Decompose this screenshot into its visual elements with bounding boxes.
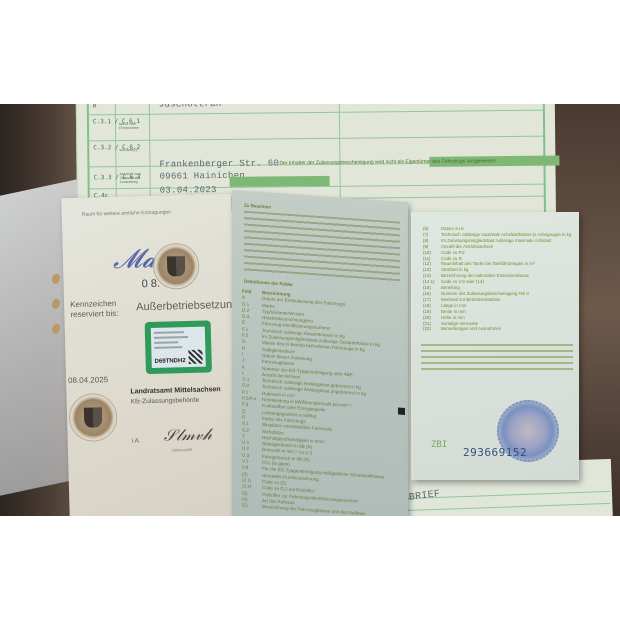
ia-label: i.A. bbox=[132, 436, 141, 446]
stamp-number: 0 8. bbox=[141, 278, 160, 290]
deregistration-sticker: D69TNDH2 bbox=[145, 320, 212, 374]
zbi-label: ZBI bbox=[431, 440, 447, 450]
booklet-right-page: (6)Datum zu K(7)Technisch zulässige maxi… bbox=[411, 212, 579, 480]
field-value-name: Juschottran bbox=[159, 104, 222, 110]
official-seal bbox=[68, 393, 117, 442]
booklet-middle-page: Zu Beachten Definitionen der Felder Feld… bbox=[232, 190, 408, 516]
authority-name: Landratsamt Mittelsachsen bbox=[130, 386, 220, 395]
field-label: Name oder Firmenname bbox=[119, 122, 149, 130]
official-signature: 𝒮𝓁𝓂𝓋𝒽 bbox=[163, 424, 212, 445]
signature: 𝓜𝓭 bbox=[113, 244, 158, 276]
field-label: Vorname(n) bbox=[119, 148, 149, 152]
field-value-street: Frankenberger Str. 60 bbox=[159, 158, 279, 169]
signature-caption: Unterschrift bbox=[172, 447, 193, 453]
registration-booklet-part-one: Raum für weitere amtliche Eintragungen 𝓜… bbox=[66, 196, 586, 516]
definitions-list: Feld Bezeichnung ADatum der Erstzulassun… bbox=[242, 289, 402, 516]
authority-sub: Kfz-Zulassungsbehörde bbox=[131, 397, 200, 406]
document-photo: B Juschottran C.3.1 / C.6.1 Name oder Fi… bbox=[0, 104, 620, 516]
notes-paragraph bbox=[244, 211, 400, 286]
reserved-label: Kennzeichen reserviert bis: bbox=[70, 299, 121, 320]
left-page-header: Raum für weitere amtliche Eintragungen bbox=[82, 209, 171, 217]
serial-number: 293669152 bbox=[463, 446, 527, 459]
sticker-code: D69TNDH2 bbox=[155, 358, 186, 365]
reserved-until-date: 08.04.2025 bbox=[68, 375, 108, 386]
tyre-footnote bbox=[421, 344, 573, 370]
fields-list: (6)Datum zu K(7)Technisch zulässige maxi… bbox=[423, 226, 573, 332]
deregistration-heading: Außerbetriebsetzung bbox=[136, 299, 238, 314]
k-marker-icon bbox=[398, 407, 405, 414]
qr-code-icon bbox=[188, 350, 202, 364]
field-label: Anschrift zum Zeitpunkt der Ausstellung bbox=[120, 172, 150, 184]
field-code: B bbox=[93, 104, 97, 109]
field-row: (22)Bemerkungen und Ausnahmen bbox=[423, 326, 573, 332]
booklet-left-page: Raum für weitere amtliche Eintragungen 𝓜… bbox=[61, 194, 240, 516]
